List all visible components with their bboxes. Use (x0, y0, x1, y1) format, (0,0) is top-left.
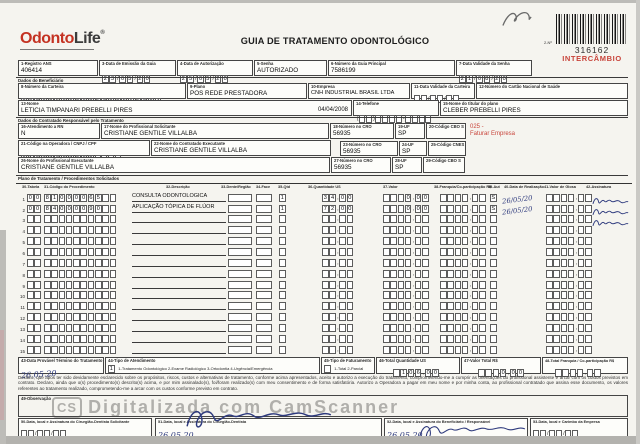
note-line2: Faturar Empresa (470, 131, 515, 137)
franquia-comb: , (440, 226, 486, 234)
handwritten-signature (592, 215, 630, 225)
row-number: 12 (16, 316, 25, 321)
logo-text-red: Odonto (20, 30, 74, 47)
quantidade-us-comb: 34,00 (322, 194, 354, 202)
codigo-comb (44, 346, 117, 354)
face-box (256, 346, 272, 354)
procedure-row: 10 , , , , (16, 290, 632, 301)
field-valor-total: 47-Valor Total R$ 0,00 (461, 357, 541, 374)
glosa-comb: , (546, 302, 592, 310)
barcode-number-label: 2-Nº (544, 40, 552, 45)
field-label: 45-Tipo de Faturamento (324, 359, 372, 364)
valor-comb: , (383, 346, 429, 354)
tabela-comb (27, 346, 42, 354)
tabela-comb (27, 291, 42, 299)
field-label: 49-Observação (21, 397, 625, 402)
franquia-comb: , (440, 346, 486, 354)
handwritten-signature (592, 193, 630, 203)
procedure-row: 11 , , , , (16, 301, 632, 312)
field-observacao: 49-Observação (18, 395, 628, 417)
procedure-row: 7 , , , , (16, 258, 632, 269)
qtd-comb (279, 291, 286, 299)
field-codigo-operadora: 21-Código na Operadora / CNPJ / CPF 0197… (18, 140, 150, 156)
field-label: 51-Data, local e Assinatura do Cirurgião… (158, 420, 379, 425)
codigo-comb (44, 215, 117, 223)
procedure-row: 14 , , , , (16, 334, 632, 345)
tabela-comb (27, 259, 42, 267)
valor-comb: , (383, 215, 429, 223)
row-number: 1 (16, 197, 25, 202)
aut-comb (490, 259, 497, 267)
face-box (256, 259, 272, 267)
procedure-row: 13 , , , , (16, 323, 632, 334)
col-data-realizacao: 40-Data de Realização (504, 185, 544, 189)
glosa-comb: , (546, 346, 592, 354)
field-label: 47-Valor Total R$ (464, 359, 538, 364)
valor-comb: , (383, 302, 429, 310)
field-label: 20-Código CBO S (429, 125, 463, 130)
field-label: 4-Data de Autorização (180, 62, 250, 67)
col-franquia: 38-Franquia/Co-participação R$ (434, 185, 491, 189)
intercambio-stamp: INTERCÂMBIO (548, 54, 636, 63)
quantidade-us-comb: , (322, 302, 354, 310)
handwritten-signature (592, 204, 630, 214)
face-box (256, 291, 272, 299)
field-label: 29-Código CBO S (426, 159, 462, 164)
tabela-comb (27, 302, 42, 310)
procedures-table: 30-Tabela 31-Código do Procedimento 32-D… (16, 183, 632, 357)
field-label: 50-Data, local e Assinatura do Cirurgião… (21, 420, 149, 425)
col-quantidade-us: 36-Quantidade US (308, 185, 341, 189)
franquia-comb: , (440, 291, 486, 299)
glosa-comb: , (546, 291, 592, 299)
field-label: 7-Data Validade da Senha (459, 62, 529, 67)
quantidade-us-comb: , (322, 346, 354, 354)
row-number: 3 (16, 218, 25, 223)
qtd-comb (279, 248, 286, 256)
field-senha: 5-Senha AUTORIZADO (254, 60, 327, 76)
descricao-value (132, 257, 226, 267)
field-label: 46-Total Quantidade US (379, 359, 457, 364)
glosa-comb: , (546, 205, 592, 213)
quantidade-us-comb: , (322, 335, 354, 343)
col-assinatura: 42-Assinatura (586, 185, 611, 189)
qtd-comb: 1 (279, 194, 286, 202)
col-descricao: 32-Descrição (166, 185, 190, 189)
field-label: 48-Total Franquia / Co-participação R$ (545, 359, 625, 364)
tabela-comb (27, 270, 42, 278)
glosa-comb: , (546, 281, 592, 289)
codigo-comb (44, 335, 117, 343)
col-valor-glosa: 41-Valor de Glosa (544, 185, 576, 189)
procedure-row: 15 , , , , (16, 344, 632, 355)
odontolife-logo: OdontoLife® (20, 30, 104, 50)
tabela-comb: 00 (27, 205, 42, 213)
field-value: N (21, 130, 97, 138)
descricao-value (132, 247, 226, 257)
field-label: 44-Tipo de Atendimento (108, 359, 317, 364)
dente-regiao-box (228, 302, 252, 310)
procedure-row: 8 , , , , (16, 268, 632, 279)
tabela-comb (27, 215, 42, 223)
codigo-comb: 81000065 (44, 194, 117, 202)
quantidade-us-comb: , (322, 226, 354, 234)
aut-comb (490, 291, 497, 299)
codigo-comb: 84000090 (44, 205, 117, 213)
franquia-comb: , (440, 324, 486, 332)
dente-regiao-box (228, 259, 252, 267)
logo-registered-mark: ® (100, 30, 104, 36)
dente-regiao-box (228, 237, 252, 245)
row-number: 13 (16, 327, 25, 332)
aut-comb (490, 324, 497, 332)
descricao-value (132, 279, 226, 289)
row-number: 4 (16, 229, 25, 234)
field-label: 43-Data Provável Término do Tratamento (21, 359, 101, 364)
field-cro-solicitante: 18-Número no CRO 56935 (330, 123, 394, 139)
franquia-comb: , (440, 248, 486, 256)
valor-comb: , (383, 237, 429, 245)
field-empresa: 10-Empresa CNH INDUSTRIAL BRASIL LTDA (308, 83, 410, 99)
field-value: AUTORIZADO (257, 67, 324, 75)
aut-comb (490, 237, 497, 245)
field-cnes: 25-Código CNES (428, 141, 466, 156)
qtd-comb (279, 259, 286, 267)
qtd-comb (279, 346, 286, 354)
scan-smudge (0, 330, 4, 420)
date-comb: 25/05/20 (180, 75, 229, 83)
quantidade-us-comb: , (322, 291, 354, 299)
aut-comb: S (490, 194, 497, 202)
quantidade-us-comb: , (322, 313, 354, 321)
glosa-comb: , (546, 270, 592, 278)
logo-tagline-rule (20, 49, 94, 50)
valor-comb: 0,00 (383, 194, 429, 202)
codigo-comb (44, 281, 117, 289)
field-total-franquia: 48-Total Franquia / Co-participação R$ , (542, 357, 628, 374)
handwritten-signature (592, 323, 630, 333)
tabela-comb (27, 226, 42, 234)
face-box (256, 215, 272, 223)
field-value: 406414 (21, 67, 95, 75)
field-data-emissao: 3-Data de Emissão da Guia 23/05/20 (99, 60, 176, 76)
field-cro-contratado: 23-Número no CRO 56935 (340, 141, 398, 156)
codigo-comb (44, 237, 117, 245)
row-number: 14 (16, 338, 25, 343)
codigo-comb (44, 302, 117, 310)
field-data-autorizacao: 4-Data de Autorização 25/05/20 (177, 60, 253, 76)
form-title: GUIA DE TRATAMENTO ODONTOLÓGICO (210, 36, 460, 46)
field-atendimento-rn: 16-Atendimento a RN N (18, 123, 100, 139)
quantidade-us-comb: , (322, 259, 354, 267)
field-value: CLEBER PREBELLI PIRES (443, 107, 625, 115)
section-plano-tratamento: Plano de Tratamento / Procedimentos Soli… (18, 176, 119, 181)
row-number: 7 (16, 262, 25, 267)
tabela-comb (27, 237, 42, 245)
valor-comb: , (383, 324, 429, 332)
procedure-row: 2 00 84000090 APLICAÇÃO TÓPICA DE FLÚOR … (16, 203, 632, 214)
valor-comb: 0,00 (383, 205, 429, 213)
quantidade-us-comb: , (322, 270, 354, 278)
field-label: 11-Data Validade da Carteira (414, 85, 472, 90)
dente-regiao-box (228, 335, 252, 343)
procedure-row: 1 00 81000065 CONSULTA ODONTOLOGICA 1 34… (16, 193, 632, 204)
handwritten-signature (592, 237, 630, 247)
handwritten-signature (592, 334, 630, 344)
declaration-text: Declaro, que após ter sido devidamente e… (18, 375, 628, 391)
field-value: CRISTIANE GENTILE VILLALBA (21, 164, 327, 172)
descricao-value (132, 236, 226, 246)
face-box (256, 270, 272, 278)
descricao-value (132, 312, 226, 322)
field-label: 52-Data, local e Assinatura do Beneficiá… (387, 420, 525, 425)
dente-regiao-box (228, 270, 252, 278)
field-tipo-faturamento: 45-Tipo de Faturamento 1-Total 2-Parcial (321, 357, 375, 374)
aut-comb (490, 346, 497, 354)
qtd-comb (279, 226, 286, 234)
valor-comb: , (383, 291, 429, 299)
field-profissional-solicitante: 17-Nome do Profissional Solicitante CRIS… (101, 123, 329, 139)
procedure-row: 9 , , , , (16, 279, 632, 290)
field-value: SP (402, 148, 424, 156)
row-number: 9 (16, 284, 25, 289)
codigo-comb (44, 291, 117, 299)
field-guia-principal: 6-Número da Guia Principal 7586199 (328, 60, 455, 76)
barcode (556, 14, 628, 44)
glosa-comb: , (546, 237, 592, 245)
field-value: LETICIA TIMPANARI PREBELLI PIRES (21, 107, 349, 115)
col-face: 34-Face (256, 185, 270, 189)
descricao-value (132, 214, 226, 224)
valor-comb: , (383, 335, 429, 343)
col-codigo: 31-Código do Procedimento (44, 185, 95, 189)
row-number: 11 (16, 305, 25, 310)
field-value: CNH INDUSTRIAL BRASIL LTDA (311, 90, 407, 98)
procedure-row: 6 , , , , (16, 247, 632, 258)
dente-regiao-box (228, 346, 252, 354)
row-number: 6 (16, 251, 25, 256)
dente-regiao-box (228, 194, 252, 202)
row-number: 15 (16, 349, 25, 354)
procedure-row: 3 , , , , (16, 214, 632, 225)
field-uf-executante: 28-UF SP (392, 157, 422, 173)
field-validade-senha: 7-Data Validade da Senha 21/08/20 (456, 60, 532, 76)
aut-comb (490, 313, 497, 321)
field-registro-ans: 1-Registro ANS 406414 (18, 60, 98, 76)
descricao-value (132, 290, 226, 300)
face-box (256, 281, 272, 289)
valor-comb: , (383, 248, 429, 256)
faturamento-options: 1-Total 2-Parcial (334, 366, 363, 371)
descricao-value: CONSULTA ODONTOLOGICA (132, 192, 226, 202)
atendimento-check-cell: 1 (108, 365, 115, 373)
qtd-comb (279, 281, 286, 289)
field-label: 14-Telefone (356, 102, 436, 107)
quantidade-us-comb: , (322, 237, 354, 245)
glosa-comb: , (546, 324, 592, 332)
handwritten-signature (592, 226, 630, 236)
aut-comb (490, 248, 497, 256)
col-tabela: 30-Tabela (22, 185, 39, 189)
valor-comb: , (383, 281, 429, 289)
procedure-row: 4 , , , , (16, 225, 632, 236)
franquia-comb: , (440, 259, 486, 267)
face-box (256, 237, 272, 245)
field-plano: 9-Plano POS REDE PRESTADORA (187, 83, 307, 99)
franquia-comb: , (440, 194, 486, 202)
row-number: 2 (16, 208, 25, 213)
quantidade-us-comb: , (322, 324, 354, 332)
franquia-comb: , (440, 313, 486, 321)
row-number: 5 (16, 240, 25, 245)
col-valor: 37-Valor (383, 185, 398, 189)
handwritten-signature (592, 302, 630, 312)
procedure-row: 12 , , , , (16, 312, 632, 323)
faturamento-check-cell (324, 365, 331, 373)
field-contratado-executante: 22-Nome do Contratado Executante CRISTIA… (151, 140, 331, 156)
franquia-comb: , (440, 302, 486, 310)
face-box (256, 313, 272, 321)
glosa-comb: , (546, 335, 592, 343)
glosa-comb: , (546, 259, 592, 267)
field-validade-carteira: 11-Data Validade da Carteira // (411, 83, 475, 99)
tabela-comb: 00 (27, 194, 42, 202)
codigo-comb (44, 248, 117, 256)
descricao-value (132, 344, 226, 354)
faturar-empresa-note: 025 - Faturar Empresa (470, 124, 515, 138)
face-box (256, 335, 272, 343)
qtd-comb (279, 313, 286, 321)
field-value: 56935 (343, 148, 395, 156)
scanned-form-page: OdontoLife® GUIA DE TRATAMENTO ODONTOLÓG… (0, 0, 640, 444)
franquia-comb: , (440, 215, 486, 223)
date-comb: 21/08/20 (459, 75, 508, 83)
franquia-comb: , (440, 237, 486, 245)
descricao-value (132, 301, 226, 311)
face-box (256, 302, 272, 310)
valor-comb: , (383, 226, 429, 234)
field-value: 7586199 (331, 67, 452, 75)
field-telefone: 14-Telefone ()- (353, 100, 439, 116)
field-cartao-nacional-saude: 12-Número do Cartão Nacional de Saúde (476, 83, 628, 99)
scan-edge-bottom (0, 436, 640, 444)
section-contratado: Dados do Contratado Responsável pelo Tra… (18, 118, 124, 123)
col-aut: 39-Aut (488, 185, 500, 189)
field-tipo-atendimento: 44-Tipo de Atendimento 1 1-Tratamento Od… (105, 357, 320, 374)
field-profissional-executante: 26-Nome do Profissional Executante CRIST… (18, 157, 330, 173)
franquia-comb: , (440, 205, 486, 213)
scan-edge-right (636, 0, 640, 444)
field-nome-beneficiario: 13-Nome LETICIA TIMPANARI PREBELLI PIRES… (18, 100, 352, 116)
codigo-comb (44, 324, 117, 332)
tabela-comb (27, 324, 42, 332)
descricao-value: APLICAÇÃO TÓPICA DE FLÚOR (132, 203, 226, 213)
codigo-comb (44, 270, 117, 278)
face-box (256, 205, 272, 213)
glosa-comb: , (546, 194, 592, 202)
quantidade-us-comb: 72,00 (322, 205, 354, 213)
tabela-comb (27, 281, 42, 289)
scan-edge-top (0, 0, 640, 3)
codigo-comb (44, 259, 117, 267)
field-label: 25-Código CNES (431, 143, 463, 148)
row-number: 8 (16, 273, 25, 278)
field-label: 21-Código na Operadora / CNPJ / CPF (21, 142, 147, 147)
handwritten-signature (592, 291, 630, 301)
field-value: CRISTIANE GENTILE VILLALBA (104, 130, 326, 138)
field-value: POS REDE PRESTADORA (190, 90, 304, 98)
field-total-quantidade-us: 46-Total Quantidade US 106,00 (376, 357, 460, 374)
field-cbo-executante: 29-Código CBO S (423, 157, 465, 173)
field-cro-executante: 27-Número no CRO 56935 (331, 157, 391, 173)
tabela-comb (27, 335, 42, 343)
dente-regiao-box (228, 281, 252, 289)
glosa-comb: , (546, 313, 592, 321)
glosa-comb: , (546, 215, 592, 223)
field-titular-plano: 15-Nome do titular do plano CLEBER PREBE… (440, 100, 628, 116)
face-box (256, 194, 272, 202)
handwritten-signature (592, 269, 630, 279)
field-value: 56935 (333, 130, 391, 138)
field-value: SP (395, 164, 419, 172)
handwritten-signature (592, 280, 630, 290)
qtd-comb (279, 302, 286, 310)
field-uf-contratado: 24-UF SP (399, 141, 427, 156)
dente-regiao-box (228, 248, 252, 256)
descricao-value (132, 322, 226, 332)
logo-text-dark: Life (74, 30, 100, 47)
phone-comb: ()- (356, 115, 432, 123)
aut-comb: S (490, 205, 497, 213)
dente-regiao-box (228, 291, 252, 299)
valor-comb: , (383, 313, 429, 321)
valor-comb: , (383, 270, 429, 278)
aut-comb (490, 270, 497, 278)
aut-comb (490, 226, 497, 234)
face-box (256, 324, 272, 332)
note-line1: 025 - (470, 124, 484, 130)
glosa-comb: , (546, 226, 592, 234)
franquia-comb: , (440, 270, 486, 278)
glosa-comb: , (546, 248, 592, 256)
field-label: 53-Data, local e Carimbo da Empresa (533, 420, 625, 425)
qtd-comb (279, 335, 286, 343)
descricao-value (132, 268, 226, 278)
face-box (256, 248, 272, 256)
field-cbo-solicitante: 20-Código CBO S (426, 123, 466, 139)
franquia-comb: , (440, 281, 486, 289)
aut-comb (490, 215, 497, 223)
quantidade-us-comb: , (322, 281, 354, 289)
date-comb: 23/05/20 (102, 75, 151, 83)
qtd-comb: 1 (279, 205, 286, 213)
valor-comb: , (383, 259, 429, 267)
codigo-comb (44, 226, 117, 234)
dente-regiao-box (228, 324, 252, 332)
franquia-comb: , (440, 335, 486, 343)
qtd-comb (279, 270, 286, 278)
dente-regiao-box (228, 226, 252, 234)
descricao-value (132, 333, 226, 343)
field-label: 8-Número da Carteira (21, 85, 183, 90)
aut-comb (490, 302, 497, 310)
tabela-comb (27, 248, 42, 256)
face-box (256, 226, 272, 234)
dente-regiao-box (228, 313, 252, 321)
col-qtd: 35-Qtd (278, 185, 290, 189)
quantidade-us-comb: , (322, 248, 354, 256)
row-number: 10 (16, 294, 25, 299)
